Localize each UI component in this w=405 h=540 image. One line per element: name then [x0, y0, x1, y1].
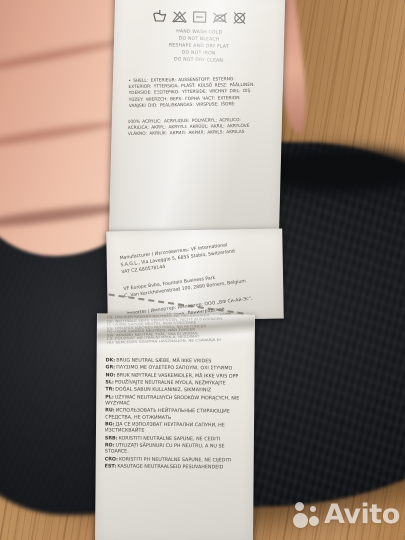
wash-text: ΠΛΥΣΙΜΟ ΜΕ ΟΥΔΕΤΕΡΟ ΣΑΠΟΥΝΙ, ΟΧΙ ΣΤΥΨΙΜΟ	[116, 366, 232, 372]
care-label: HAND WASH COLD DO NOT BLEACH RESHAPE AND…	[109, 0, 286, 246]
hand-wash-icon	[151, 9, 167, 23]
wash-row: SRB:KORISTITI NEUTRALNE SAPUNE, NE CEDIT…	[105, 436, 246, 444]
wash-text: UŻYWAĆ NEUTRALNYCH ŚRODKÓW PIORĄCYCH, NI…	[105, 395, 239, 406]
wash-row: CRO:KORISTITI PH NEUTRALNE SAPUNE, NE CI…	[105, 457, 246, 465]
lang-code: CRO:	[105, 457, 118, 462]
lang-code: RO:	[105, 443, 115, 448]
do-not-dry-clean-icon	[231, 11, 247, 25]
wash-text: KORISTITI PH NEUTRALNE SAPUNE, NE CIJEDI…	[119, 457, 231, 463]
fiber-shell-text: • SHELL: EXTERIEUR: AUSSENSTOFF: ESTERNO…	[128, 77, 257, 110]
lang-code: RU:	[105, 409, 115, 414]
wash-row: BG:ДА СЕ ИЗПОЛЗВАТ НЕУТРАЛНИ САПУНИ, НЕ …	[105, 422, 246, 436]
wash-text: KASUTAGE NEUTRAALSEID PESUVAHENDEID	[117, 464, 223, 470]
crumple-shadow	[97, 313, 255, 356]
dry-flat-icon	[191, 10, 207, 24]
wash-text: BRUK NØYTRALE VASKEMIDLER, MÅ IKKE VRIS …	[116, 373, 238, 379]
care-symbols	[114, 8, 284, 26]
wash-text: BRUG NEUTRAL SÆBE, MÅ IKKE VRIDES	[116, 358, 211, 364]
do-not-bleach-icon	[171, 9, 187, 23]
fiber-content-text: 100% ACRYLIC: ACRYLIQUE: POLYACRYL: ACRI…	[128, 117, 256, 138]
avito-watermark: Avito	[293, 499, 400, 530]
lang-code: SRB:	[105, 436, 118, 441]
lang-code: GR:	[106, 366, 116, 371]
wash-text: ДА СЕ ИЗПОЛЗВАТ НЕУТРАЛНИ САПУНИ, НЕ ИЗС…	[105, 422, 225, 434]
finger-crease	[0, 118, 116, 151]
wash-row: RO:UTILIZAȚI SĂPUNURI CU PH NEUTRU, A NU…	[105, 443, 246, 457]
care-instructions-text: HAND WASH COLD DO NOT BLEACH RESHAPE AND…	[113, 28, 284, 67]
wash-row: PL:UŻYWAĆ NEUTRALNYCH ŚRODKÓW PIORĄCYCH,…	[105, 395, 246, 409]
wash-row: NO:BRUK NØYTRALE VASKEMIDLER, MÅ IKKE VR…	[105, 373, 246, 381]
manufacturer-address: Manufacturer / Изготовитель: VF Internat…	[119, 238, 270, 277]
wash-row: EST:KASUTAGE NEUTRAALSEID PESUVAHENDEID	[105, 464, 246, 472]
wash-text: KORISTITI NEUTRALNE SAPUNE, NE CEDITI	[119, 436, 220, 442]
wash-text: ИСПОЛЬЗОВАТЬ НЕЙТРАЛЬНЫЕ СТИРАЮЩИЕ СРЕДС…	[105, 409, 230, 421]
wash-text: DOĞAL SABUN KULLANINIZ, SIKMAYINIZ	[115, 388, 211, 394]
lang-code: BG:	[105, 422, 115, 427]
wash-row: RU:ИСПОЛЬЗОВАТЬ НЕЙТРАЛЬНЫЕ СТИРАЮЩИЕ СР…	[105, 409, 246, 423]
lang-code: PL:	[105, 395, 114, 400]
lang-code: NO:	[105, 373, 115, 378]
wash-row: GR:ΠΛΥΣΙΜΟ ΜΕ ΟΥΔΕΤΕΡΟ ΣΑΠΟΥΝΙ, ΟΧΙ ΣΤΥΨ…	[105, 366, 246, 374]
wash-rows: DK:BRUG NEUTRAL SÆBE, MÅ IKKE VRIDES GR:…	[105, 358, 247, 471]
lang-code: EST:	[105, 464, 117, 469]
crumpled-label-top: FR: UTILISER SAVONS NEUTRES, NE PAS ESSO…	[97, 313, 255, 356]
wash-row: TR:DOĞAL SABUN KULLANINIZ, SIKMAYINIZ	[105, 388, 246, 396]
avito-wordmark: Avito	[324, 499, 400, 530]
do-not-iron-icon	[211, 10, 227, 24]
avito-logo-icon	[293, 501, 319, 528]
product-photo: HAND WASH COLD DO NOT BLEACH RESHAPE AND…	[0, 0, 405, 540]
wash-instructions-label: FR: UTILISER SAVONS NEUTRES, NE PAS ESSO…	[95, 313, 255, 540]
lang-code: SL:	[105, 380, 113, 385]
wash-text: POUŽÍVAJTE NEUTRÁLNE MYDLÁ, NEŽMÝKAJTE	[115, 380, 226, 386]
lang-code: DK:	[106, 358, 116, 363]
lang-code: TR:	[105, 388, 114, 393]
wash-text: UTILIZAȚI SĂPUNURI CU PH NEUTRU, A NU SE…	[105, 443, 225, 454]
